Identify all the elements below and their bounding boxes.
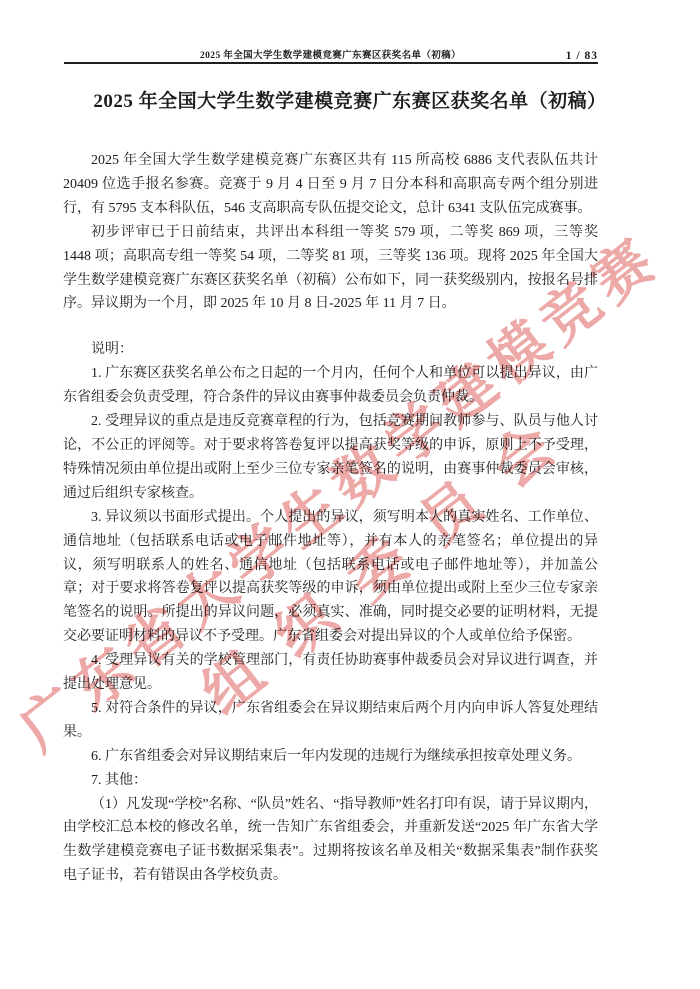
document-page: 2025 年全国大学生数学建模竞赛广东赛区获奖名单（初稿） 1 / 83 202… [0,0,700,989]
note-item-6: 6. 广东省组委会对异议期结束后一年内发现的违规行为继续承担按章处理义务。 [63,745,598,769]
note-item-3: 3. 异议须以书面形式提出。个人提出的异议，须写明本人的真实姓名、工作单位、通信… [63,506,598,649]
note-item-2: 2. 受理异议的重点是违反竞赛章程的行为，包括竞赛期间教师参与、队员与他人讨论，… [63,410,598,506]
results-paragraph: 初步评审已于日前结束，共评出本科组一等奖 579 项，二等奖 869 项，三等奖… [63,221,598,317]
note-item-7: 7. 其他： [63,769,598,793]
header-rule [64,62,598,64]
page-number: 1 / 83 [566,50,598,62]
page-title: 2025 年全国大学生数学建模竞赛广东赛区获奖名单（初稿） [40,86,660,113]
note-item-4: 4. 受理异议有关的学校管理部门，有责任协助赛事仲裁委员会对异议进行调查，并提出… [63,649,598,697]
note-item-1: 1. 广东赛区获奖名单公布之日起的一个月内，任何个人和单位可以提出异议，由广东省… [63,362,598,410]
note-item-5: 5. 对符合条件的异议，广东省组委会在异议期结束后两个月内向申诉人答复处理结果。 [63,697,598,745]
notes-label: 说明： [63,338,598,362]
note-item-7-sub-1: （1）凡发现“学校”名称、“队员”姓名、“指导教师”姓名打印有误，请于异议期内，… [63,793,598,889]
running-header: 2025 年全国大学生数学建模竞赛广东赛区获奖名单（初稿） 1 / 83 [63,42,598,62]
intro-paragraph: 2025 年全国大学生数学建模竞赛广东赛区共有 115 所高校 6886 支代表… [63,149,598,221]
document-body: 2025 年全国大学生数学建模竞赛广东赛区共有 115 所高校 6886 支代表… [63,149,598,888]
running-header-title: 2025 年全国大学生数学建模竞赛广东赛区获奖名单（初稿） [63,47,598,61]
